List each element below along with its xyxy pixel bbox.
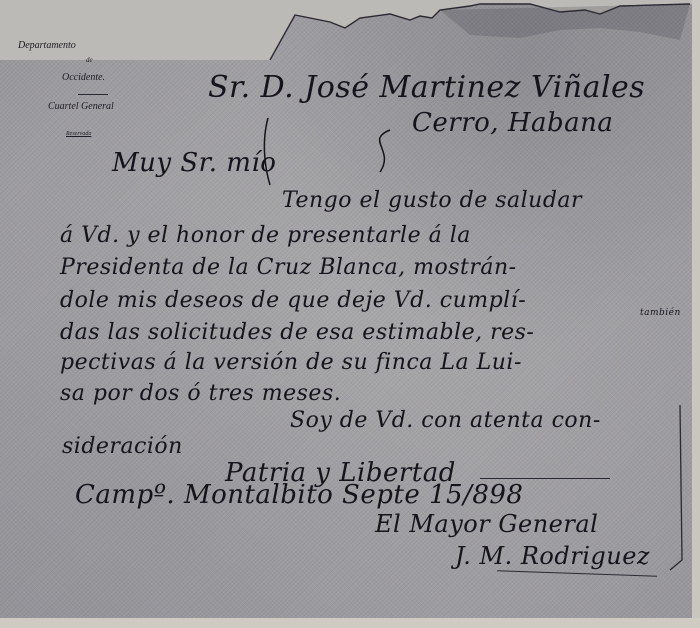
letterhead-headquarters: Cuartel General [48, 101, 114, 112]
letterhead-department: Departamento [18, 40, 76, 51]
body-line-7: sa por dos ó tres meses. [60, 381, 341, 406]
closing-line-1: Soy de Vd. con atenta con- [290, 408, 601, 433]
letterhead-region: Occidente. [62, 72, 105, 83]
body-line-3: Presidenta de la Cruz Blanca, mostrán- [60, 255, 517, 280]
torn-paper-fill [0, 0, 700, 60]
motto-underline [480, 478, 610, 479]
recipient-name: Sr. D. José Martinez Viñales [208, 70, 645, 105]
signature-title: El Mayor General [375, 510, 598, 538]
dateline: Campº. Montalbito Septe 15/898 [75, 480, 523, 510]
body-line-1: Tengo el gusto de saludar [282, 188, 582, 213]
right-margin-strip [692, 0, 700, 628]
margin-bracket-stroke [660, 400, 690, 600]
body-line-6: pectivas á la versión de su finca La Lui… [60, 350, 522, 375]
letter-scan: Departamento de Occidente. Cuartel Gener… [0, 0, 700, 628]
signature-underline [497, 570, 657, 577]
bottom-margin-strip [0, 618, 700, 628]
salutation: Muy Sr. mío [112, 148, 276, 178]
body-line-4: dole mis deseos de que deje Vd. cumplí- [60, 288, 526, 313]
closing-line-2: sideración [62, 434, 183, 459]
signature-name: J. M. Rodriguez [455, 542, 650, 570]
body-line-5: das las solicitudes de esa estimable, re… [60, 320, 534, 345]
body-line-2: á Vd. y el honor de presentarle á la [60, 223, 471, 248]
letterhead-divider [78, 94, 108, 95]
recipient-location: Cerro, Habana [412, 108, 613, 138]
letterhead-reserved: Reservado [66, 131, 91, 137]
letterhead-de: de [86, 56, 93, 64]
body-insertion: también [640, 308, 681, 318]
